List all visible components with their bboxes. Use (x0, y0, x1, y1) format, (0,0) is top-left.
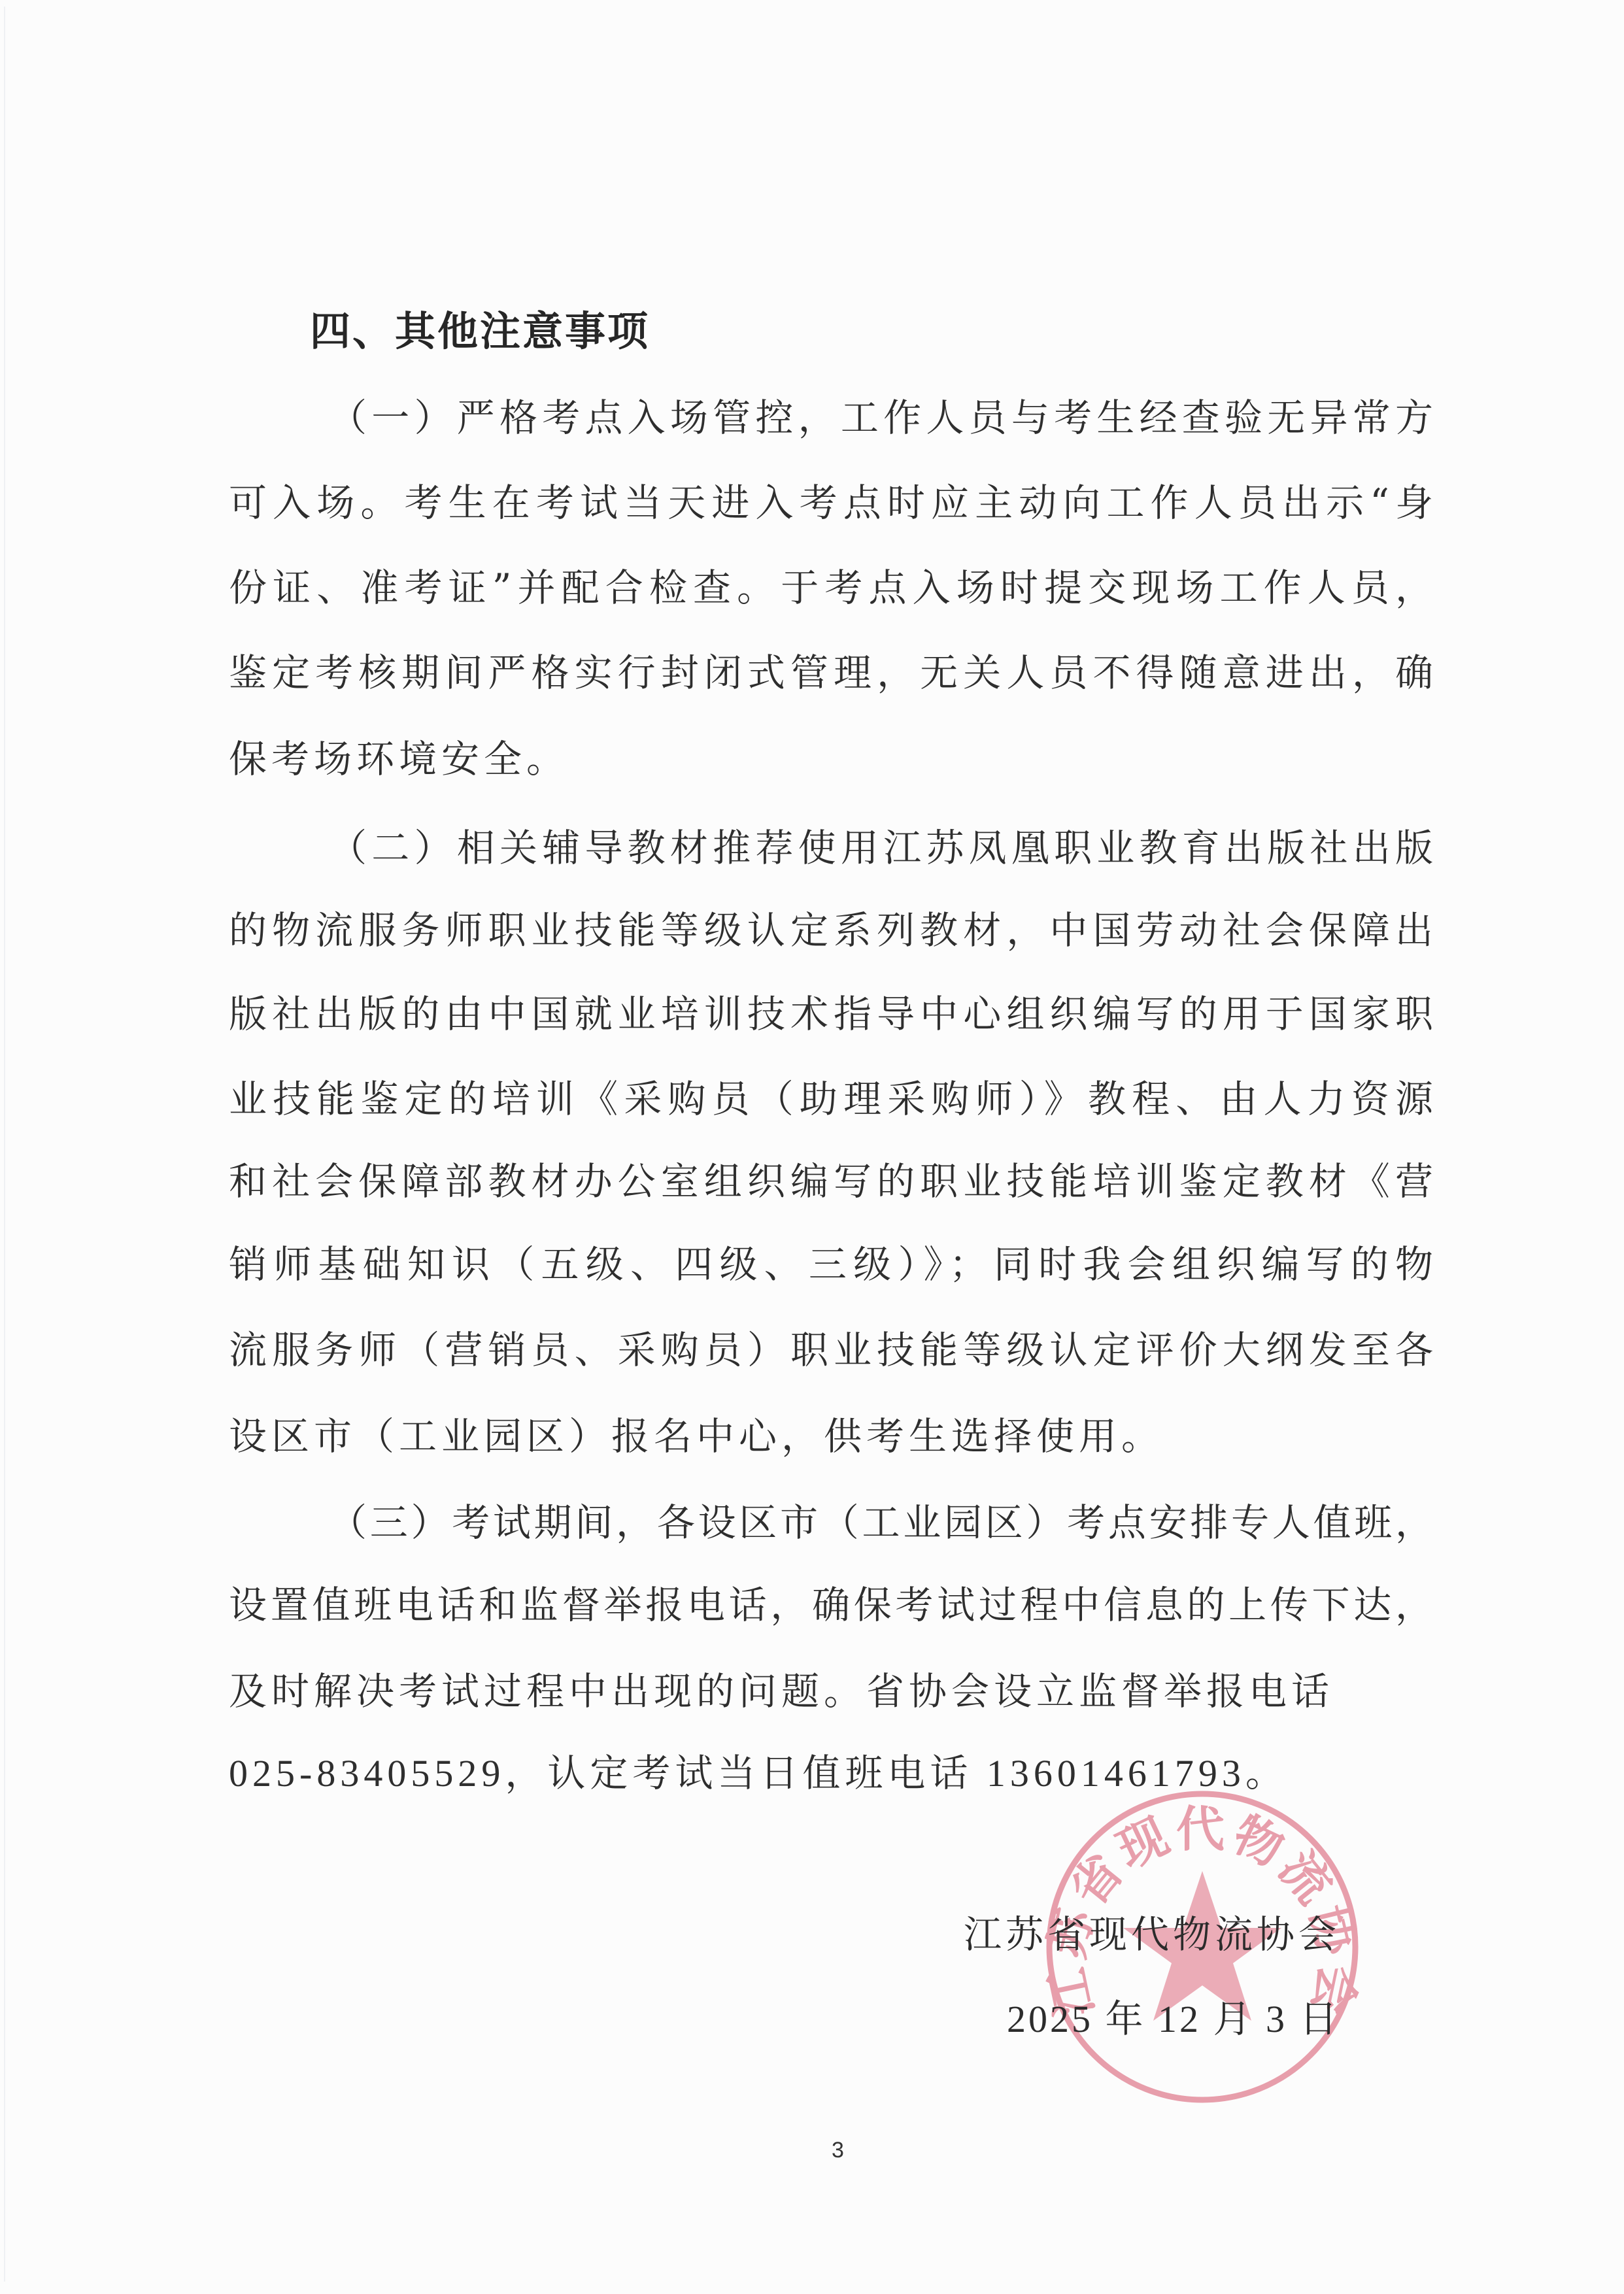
paragraph-1-line-3: 份证、准考证”并配合检查。于考点入场时提交现场工作人员， (229, 566, 1433, 609)
section-title: 四、其他注意事项 (310, 309, 650, 354)
paragraph-3-line-1: （三）考试期间，各设区市（工业园区）考点安排专人值班， (329, 1501, 1433, 1544)
paragraph-1-line-2: 可入场。考生在考试当天进入考点时应主动向工作人员出示“身 (229, 481, 1433, 524)
paragraph-2-line-3: 版社出版的由中国就业培训技术指导中心组织编写的用于国家职 (229, 992, 1433, 1036)
issue-date: 2025 年 12 月 3 日 (1007, 1998, 1340, 2041)
paragraph-2-line-5: 和社会保障部教材办公室组织编写的职业技能培训鉴定教材《营 (229, 1160, 1433, 1203)
issuing-organization: 江苏省现代物流协会 (964, 1913, 1340, 1956)
paragraph-2-line-7: 流服务师（营销员、采购员）职业技能等级认定评价大纲发至各 (229, 1328, 1433, 1372)
paragraph-2-line-2: 的物流服务师职业技能等级认定系列教材，中国劳动社会保障出 (229, 909, 1433, 952)
paragraph-1-line-1: （一）严格考点入场管控，工作人员与考生经查验无异常方 (329, 396, 1433, 439)
page-number: 3 (832, 2138, 844, 2163)
paragraph-2-line-8: 设区市（工业园区）报名中心，供考生选择使用。 (229, 1415, 1433, 1458)
document-page: 四、其他注意事项 （一）严格考点入场管控，工作人员与考生经查验无异常方 可入场。… (0, 0, 1624, 2294)
paragraph-2-line-1: （二）相关辅导教材推荐使用江苏凤凰职业教育出版社出版 (329, 826, 1433, 869)
paragraph-3-line-2: 设置值班电话和监督举报电话，确保考试过程中信息的上传下达， (229, 1583, 1433, 1627)
paragraph-1-line-4: 鉴定考核期间严格实行封闭式管理，无关人员不得随意进出，确 (229, 651, 1433, 694)
scan-edge (4, 7, 5, 2282)
paragraph-1-line-5: 保考场环境安全。 (229, 737, 1433, 781)
paragraph-3-line-3: 及时解决考试过程中出现的问题。省协会设立监督举报电话 (229, 1670, 1433, 1713)
paragraph-2-line-6: 销师基础知识（五级、四级、三级）》；同时我会组织编写的物 (229, 1243, 1433, 1286)
paragraph-2-line-4: 业技能鉴定的培训《采购员（助理采购师）》教程、由人力资源 (229, 1077, 1433, 1121)
